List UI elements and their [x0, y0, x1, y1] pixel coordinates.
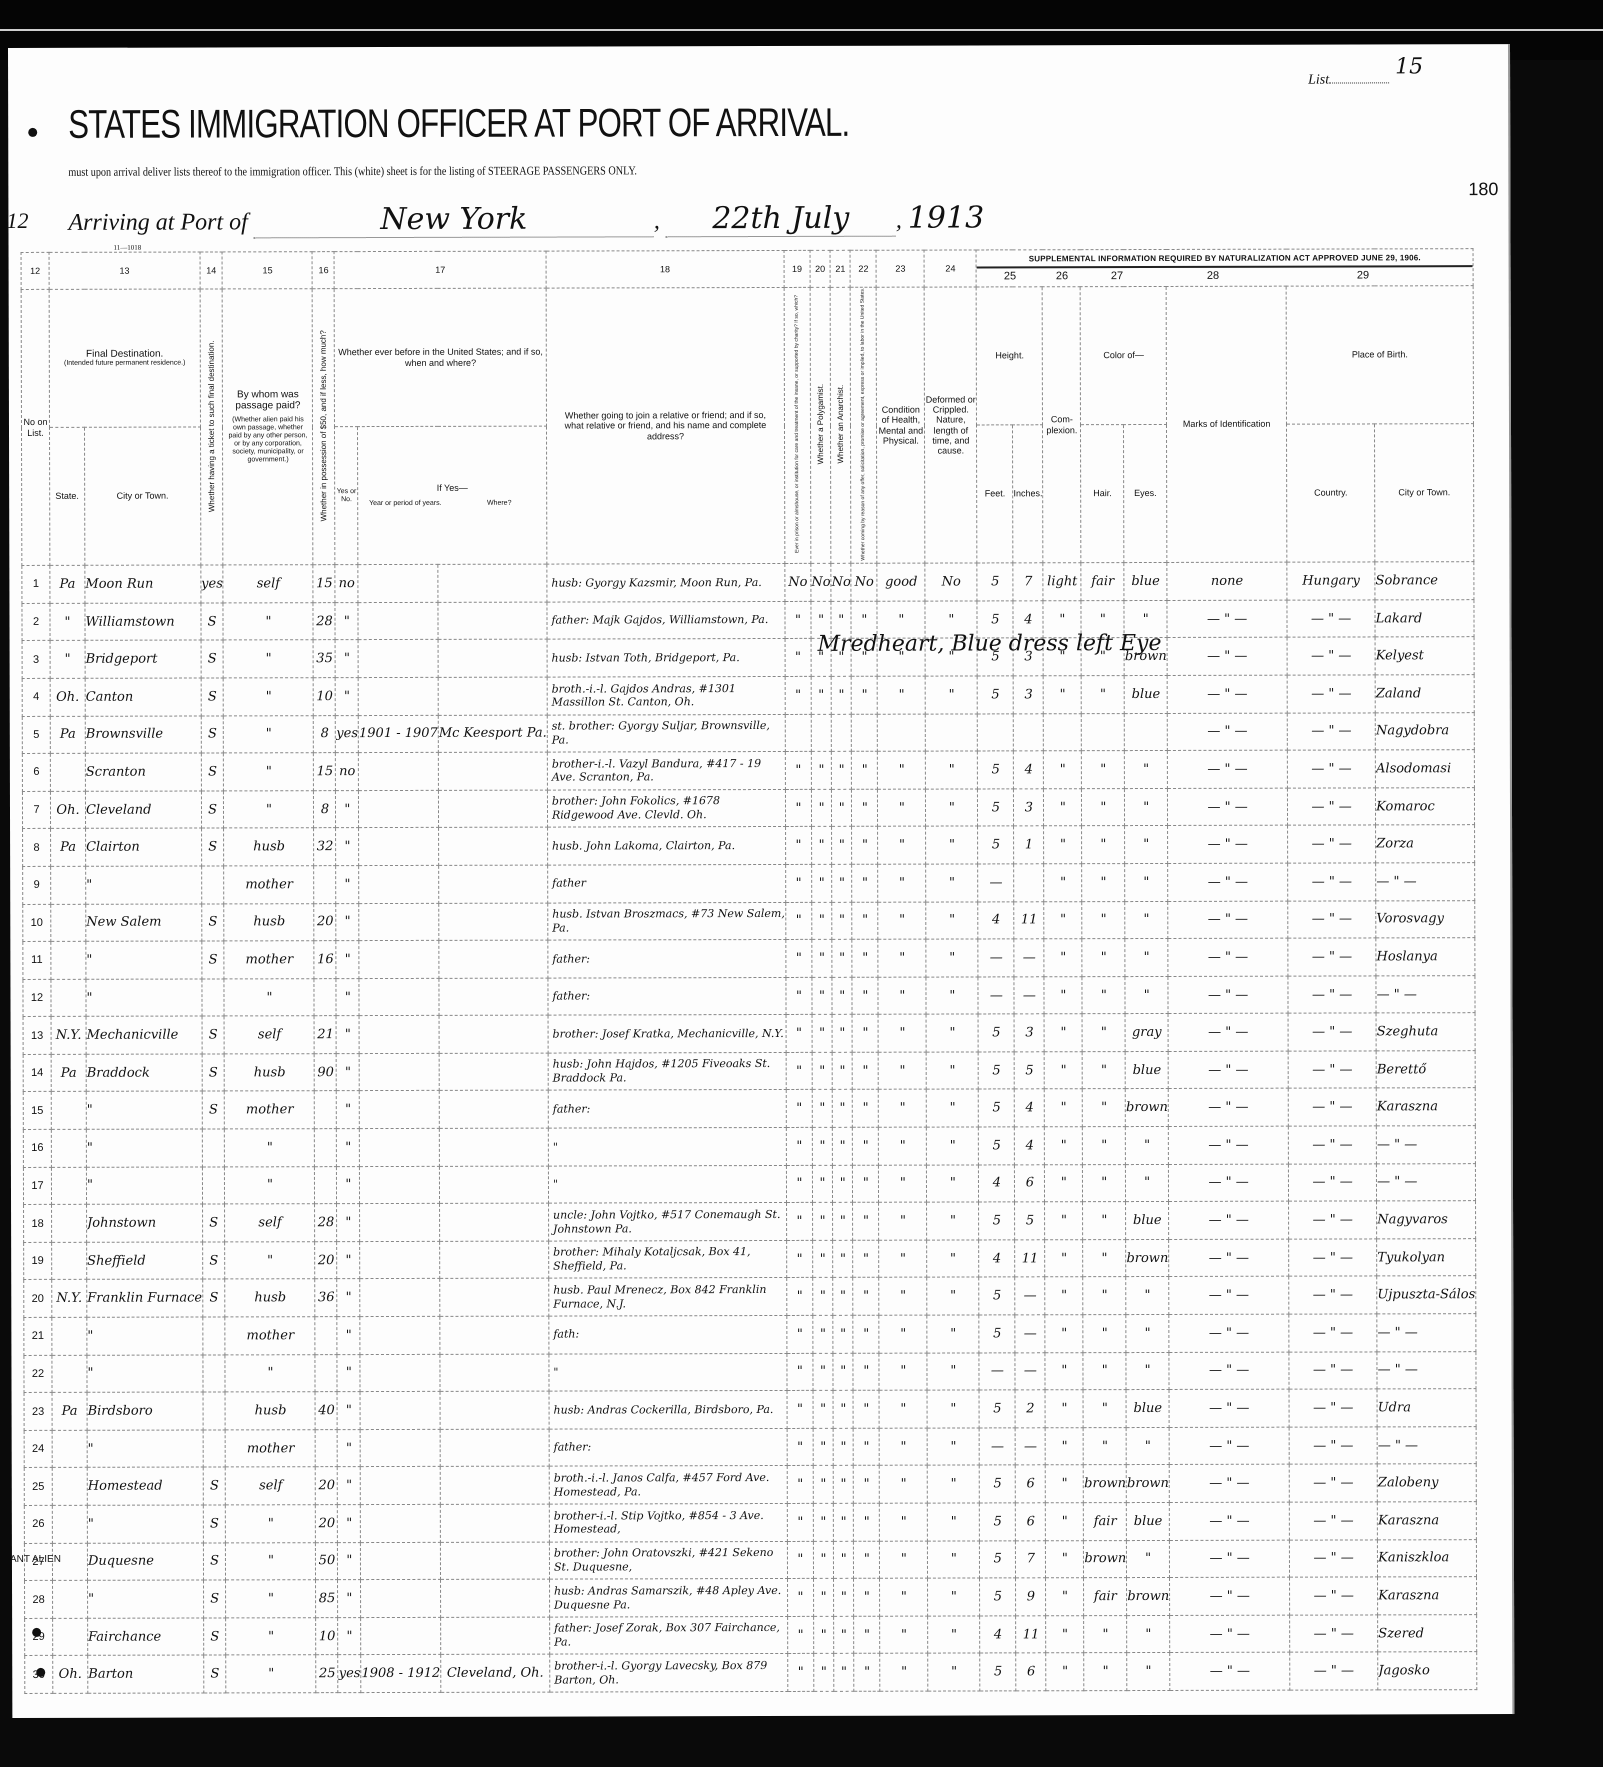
cell-health: " [879, 1202, 927, 1240]
cell-country: — " — [1288, 1051, 1376, 1089]
cell-money [314, 978, 336, 1016]
cell-prison: " [787, 1466, 813, 1504]
cell-marks: — " — [1168, 1089, 1288, 1127]
cell-paid: " [224, 678, 314, 716]
table-row: 14PaBraddockShusb90"husb: John Hajdos, #… [23, 1051, 1475, 1092]
cell-city: Scranton [85, 753, 201, 791]
cell-paid: " [226, 1617, 316, 1655]
cell-in: 4 [1015, 1089, 1045, 1127]
cell-hair: " [1082, 676, 1125, 714]
cell-state [52, 1430, 87, 1468]
cell-poly: " [811, 676, 831, 714]
cell-poly: " [812, 1052, 832, 1090]
cell-before: " [336, 828, 359, 866]
cell-health [878, 714, 926, 752]
cell-eyes: blue [1126, 1390, 1169, 1428]
cell-no: 25 [24, 1468, 52, 1506]
cell-money: 28 [313, 602, 335, 640]
cell-birth_city: Lakard [1375, 599, 1474, 637]
cell-yr [361, 1617, 441, 1655]
cell-eyes: " [1125, 826, 1168, 864]
cell-in: 4 [1014, 751, 1044, 789]
cell-ft: 5 [978, 1014, 1014, 1052]
cell-where [439, 1053, 548, 1091]
cell-anar: " [832, 1052, 852, 1090]
cell-prison: " [786, 1052, 812, 1090]
cell-ticket: S [201, 791, 224, 829]
cell-no: 14 [23, 1054, 51, 1092]
cell-where [440, 1467, 549, 1505]
col-num: 20 [810, 250, 830, 287]
cell-ticket: S [202, 1091, 225, 1129]
cell-anar: " [832, 1090, 852, 1128]
cell-paid: " [225, 1129, 315, 1167]
cell-complexion: " [1045, 1202, 1083, 1240]
cell-health: " [880, 1616, 928, 1654]
cell-paid: " [226, 1580, 316, 1618]
cell-paid: mother [225, 1317, 315, 1355]
cell-eyes: " [1125, 788, 1168, 826]
cell-paid: self [226, 1467, 316, 1505]
col-num: 13 [49, 252, 200, 289]
cell-hair: " [1083, 1390, 1126, 1428]
cell-eyes: blue [1124, 563, 1167, 601]
cell-deformed: " [927, 1202, 979, 1240]
header-eyes: Eyes. [1124, 425, 1167, 563]
cell-relative: father: Josef Zorak, Box 307 Fairchance,… [550, 1616, 788, 1654]
table-row: 6ScrantonS"15nobrother-i.-l. Vazyl Bandu… [22, 750, 1474, 791]
cell-yr [359, 940, 439, 978]
cell-ticket: S [203, 1618, 226, 1656]
cell-where [438, 752, 547, 790]
cell-state: N.Y. [51, 1017, 86, 1055]
cell-ft: — [978, 977, 1014, 1015]
cell-ticket: S [203, 1505, 226, 1543]
cell-deformed: " [926, 676, 978, 714]
cell-prison [785, 714, 811, 752]
cell-anar: " [833, 1278, 853, 1316]
cell-ft: 5 [979, 1315, 1015, 1353]
cell-ticket [202, 1129, 225, 1167]
cell-eyes: " [1126, 1277, 1169, 1315]
cell-city: Mechanicville [86, 1016, 202, 1054]
cell-anar: " [832, 827, 852, 865]
cell-state: Pa [50, 565, 85, 603]
cell-contract: No [851, 563, 877, 601]
header-passage-paid: By whom was passage paid?(Whether alien … [223, 289, 314, 565]
col-num: 14 [200, 252, 223, 289]
cell-birth_city: Kaniszkloa [1378, 1539, 1477, 1577]
cell-paid: husb [225, 1054, 315, 1092]
cell-health: " [878, 826, 926, 864]
cell-money [315, 1317, 337, 1355]
cell-ft: — [979, 1428, 1015, 1466]
cell-before: " [336, 640, 359, 678]
cell-poly: " [812, 864, 832, 902]
cell-poly: " [811, 827, 831, 865]
cell-where [439, 827, 548, 865]
cell-anar: " [833, 1391, 853, 1429]
cell-anar: " [833, 1428, 853, 1466]
cell-ticket [203, 1355, 226, 1393]
cell-relative: husb: Gyorgy Kazsmir, Moon Run, Pa. [547, 564, 785, 602]
cell-money [315, 1129, 337, 1167]
cell-health: " [879, 1165, 927, 1203]
cell-complexion: " [1045, 1052, 1083, 1090]
table-row: 3"BridgeportS"35"husb: Istvan Toth, Brid… [22, 637, 1474, 678]
cell-money: 15 [314, 753, 336, 791]
scan-rule [0, 29, 1603, 31]
cell-city: " [87, 1505, 203, 1543]
cell-money: 20 [316, 1467, 338, 1505]
cell-complexion: " [1045, 1277, 1083, 1315]
cell-marks: — " — [1168, 1126, 1288, 1164]
cell-state: " [50, 641, 85, 679]
cell-state [51, 866, 86, 904]
cell-relative: " [549, 1353, 787, 1391]
table-row: 15"Smother"father:""""""54""brown— " —— … [23, 1088, 1475, 1129]
cell-prison: " [785, 601, 811, 639]
final-destination-note: (Intended future permanent residence.) [50, 360, 200, 368]
cell-contract: " [852, 1015, 878, 1053]
cell-poly: " [811, 751, 831, 789]
cell-country: — " — [1288, 1126, 1376, 1164]
col-num: 25 [977, 271, 1043, 284]
cell-in: 6 [1016, 1653, 1046, 1691]
cell-state [52, 1242, 87, 1280]
cell-city: Birdsboro [87, 1392, 203, 1430]
cell-complexion: light [1043, 563, 1081, 601]
cell-eyes: blue [1127, 1502, 1170, 1540]
cell-ft: 4 [978, 901, 1014, 939]
cell-relative: husb. Paul Mrenecz, Box 842 Franklin Fur… [549, 1278, 787, 1316]
cell-paid: " [226, 1542, 316, 1580]
cell-marks: — " — [1169, 1389, 1289, 1427]
cell-ft: 5 [980, 1540, 1016, 1578]
cell-where [440, 1316, 549, 1354]
cell-state [52, 1355, 87, 1393]
cell-eyes: " [1126, 1352, 1169, 1390]
cell-paid: " [225, 1354, 315, 1392]
cell-eyes: " [1126, 1315, 1169, 1353]
cell-where [440, 1429, 549, 1467]
cell-ticket: S [203, 1655, 226, 1693]
cell-complexion: " [1044, 788, 1082, 826]
cell-marks: — " — [1169, 1239, 1289, 1277]
cell-deformed: " [926, 939, 978, 977]
cell-deformed: No [925, 563, 977, 601]
cell-where [439, 865, 548, 903]
cell-birth_city: Zorza [1376, 825, 1475, 863]
cell-country: — " — [1289, 1201, 1377, 1239]
cell-where [439, 1091, 548, 1129]
cell-in: 6 [1016, 1503, 1046, 1541]
cell-relative: brother-i.-l. Gyorgy Lavecsky, Box 879 B… [550, 1654, 788, 1692]
cell-country: — " — [1287, 750, 1375, 788]
cell-money: 85 [316, 1580, 338, 1618]
cell-in: 5 [1014, 1052, 1044, 1090]
col-num: 12 [21, 252, 49, 289]
cell-city: " [87, 1317, 203, 1355]
cell-relative: husb: Andras Cockerilla, Birdsboro, Pa. [549, 1391, 787, 1429]
cell-contract: " [853, 1390, 879, 1428]
cell-birth_city: Szered [1378, 1614, 1477, 1652]
cell-money: 20 [314, 903, 336, 941]
cell-hair: brown [1084, 1540, 1127, 1578]
cell-city: Williamstown [85, 603, 201, 641]
table-row: 12"""father:""""""——"""— " —— " —— " — [23, 975, 1475, 1016]
cell-no: 12 [23, 979, 51, 1017]
header-deformed: Deformed or Crippled. Nature, length of … [924, 287, 977, 563]
cell-country: — " — [1290, 1652, 1378, 1690]
cell-where [438, 677, 547, 715]
cell-in: 7 [1016, 1540, 1046, 1578]
cell-state [51, 1167, 86, 1205]
cell-paid: " [224, 790, 314, 828]
cell-complexion: " [1046, 1465, 1084, 1503]
cell-relative: husb: Istvan Toth, Bridgeport, Pa. [547, 639, 785, 677]
cell-city: Brownsville [85, 716, 201, 754]
cell-poly: " [813, 1278, 833, 1316]
cell-eyes: brown [1126, 1239, 1169, 1277]
cell-before: " [336, 978, 359, 1016]
cell-health: " [878, 751, 926, 789]
cell-complexion [1044, 713, 1082, 751]
cell-ticket: S [202, 1016, 225, 1054]
header-height: Height. [976, 287, 1042, 425]
cell-deformed: " [927, 1315, 979, 1353]
cell-health: " [878, 864, 926, 902]
cell-ft: 5 [978, 751, 1014, 789]
cell-money: 10 [314, 678, 336, 716]
table-row: 11"Smother16"father:""""""——"""— " —— " … [23, 938, 1475, 979]
cell-poly: " [813, 1579, 833, 1617]
cell-before: " [337, 1091, 360, 1129]
cell-no: 23 [24, 1393, 52, 1431]
cell-in: 6 [1016, 1465, 1046, 1503]
cell-complexion: " [1044, 864, 1082, 902]
cell-prison: " [786, 1015, 812, 1053]
cell-in: — [1014, 939, 1044, 977]
cell-ticket: S [203, 1467, 226, 1505]
cell-prison: " [788, 1616, 814, 1654]
cell-before: " [337, 1053, 360, 1091]
cell-country: — " — [1289, 1389, 1377, 1427]
cell-relative: broth.-i.-l. Gajdos Andras, #1301 Massil… [547, 676, 785, 714]
cell-deformed: " [926, 977, 978, 1015]
cell-before: " [337, 1317, 360, 1355]
cell-marks: — " — [1169, 1277, 1289, 1315]
cell-deformed: " [926, 901, 978, 939]
cell-prison: " [787, 1278, 813, 1316]
cell-health: " [880, 1578, 928, 1616]
table-row: 2"WilliamstownS"28"father: Majk Gajdos, … [22, 599, 1474, 640]
cell-birth_city: Vorosvagy [1376, 900, 1475, 938]
cell-marks: — " — [1167, 750, 1287, 788]
cell-prison: " [787, 1579, 813, 1617]
col-num: 29 [1273, 269, 1453, 282]
cell-country: — " — [1290, 1540, 1378, 1578]
cell-prison: " [786, 902, 812, 940]
cell-country: — " — [1289, 1427, 1377, 1465]
cell-complexion: " [1045, 1390, 1083, 1428]
cell-birth_city: — " — [1376, 863, 1475, 901]
cell-marks: — " — [1169, 1465, 1289, 1503]
cell-marks: — " — [1169, 1352, 1289, 1390]
cell-deformed: " [928, 1541, 980, 1579]
cell-money [315, 1354, 337, 1392]
cell-contract: " [853, 1315, 879, 1353]
cell-eyes: " [1126, 1127, 1169, 1165]
cell-ft: 5 [979, 1390, 1015, 1428]
cell-country: — " — [1287, 675, 1375, 713]
cell-eyes: " [1126, 1427, 1169, 1465]
header-color-of: Color of— [1081, 286, 1167, 424]
cell-prison: " [786, 977, 812, 1015]
cell-health: good [877, 563, 925, 601]
header-prison: Ever in prison or almshouse, or institut… [784, 287, 811, 563]
cell-yr [358, 602, 438, 640]
cell-eyes: " [1127, 1540, 1170, 1578]
cell-where [440, 1241, 549, 1279]
cell-poly: " [812, 939, 832, 977]
cell-state: " [50, 603, 85, 641]
cell-prison: " [787, 1503, 813, 1541]
cell-paid: mother [225, 1091, 315, 1129]
cell-before: yes [338, 1655, 361, 1693]
cell-no: 16 [23, 1129, 51, 1167]
cell-money: 35 [314, 640, 336, 678]
cell-yr [359, 865, 439, 903]
cell-money: 20 [315, 1242, 337, 1280]
cell-before: " [336, 941, 359, 979]
cell-country: — " — [1288, 788, 1376, 826]
cell-deformed: " [927, 1165, 979, 1203]
cell-where [441, 1617, 550, 1655]
cell-birth_city: Udra [1377, 1389, 1476, 1427]
cell-no: 4 [22, 678, 50, 716]
table-row: 21"mother"fath:""""""5—"""— " —— " —— " … [24, 1314, 1476, 1355]
polygamist-label: Whether a Polygamist. [816, 384, 825, 465]
cell-money: 32 [314, 828, 336, 866]
cell-state [52, 1317, 87, 1355]
list-number: List15 [1308, 64, 1423, 89]
cell-money [316, 1429, 338, 1467]
cell-birth_city: — " — [1376, 975, 1475, 1013]
cell-marks: none [1167, 562, 1287, 600]
cell-city: " [86, 1091, 202, 1129]
cell-city: " [86, 1167, 202, 1205]
cell-relative: husb: Andras Samarszik, #48 Apley Ave. D… [549, 1579, 787, 1617]
cell-paid: " [224, 715, 314, 753]
bottom-stamp: ANT ALIEN [10, 1554, 61, 1565]
arrival-line: Arriving at Port of New York, 22th July,… [68, 200, 984, 238]
cell-city: Canton [85, 678, 201, 716]
cell-state [51, 1129, 86, 1167]
cell-ft: 5 [979, 1089, 1015, 1127]
cell-anar: " [834, 1654, 854, 1692]
cell-complexion: " [1045, 1315, 1083, 1353]
cell-country: — " — [1289, 1164, 1377, 1202]
cell-where [438, 790, 547, 828]
cell-birth_city: Nagydobra [1375, 712, 1474, 750]
cell-deformed: " [928, 1653, 980, 1691]
cell-marks: — " — [1169, 1502, 1289, 1540]
cell-before: " [337, 1204, 360, 1242]
cell-birth_city: Szeghuta [1376, 1013, 1475, 1051]
cell-in [1014, 864, 1044, 902]
cell-no: 2 [22, 603, 50, 641]
cell-ft: 5 [979, 1127, 1015, 1165]
cell-in: 4 [1015, 1127, 1045, 1165]
cell-state [51, 904, 86, 942]
cell-yr [360, 1128, 440, 1166]
cell-before: yes [336, 715, 359, 753]
cell-in: — [1015, 1277, 1045, 1315]
cell-in: 11 [1014, 901, 1044, 939]
passage-paid-label: By whom was passage paid? [223, 387, 312, 414]
cell-eyes [1125, 713, 1168, 751]
cell-before: " [338, 1580, 361, 1618]
cell-complexion: " [1045, 1127, 1083, 1165]
cell-hair: fair [1084, 1578, 1127, 1616]
cell-eyes: " [1127, 1615, 1170, 1653]
cell-yr [359, 1016, 439, 1054]
cell-yr: 1908 - 1912 [361, 1655, 441, 1693]
cell-where [438, 639, 547, 677]
cell-deformed: " [928, 1503, 980, 1541]
cell-no: 24 [24, 1430, 52, 1468]
cell-hair: " [1082, 901, 1125, 939]
cell-ticket: S [201, 678, 224, 716]
cell-yr [360, 1316, 440, 1354]
cell-paid: husb [224, 903, 314, 941]
cell-yr [358, 565, 438, 603]
cell-ft: 5 [978, 826, 1014, 864]
cell-deformed: " [926, 789, 978, 827]
cell-where [440, 1542, 549, 1580]
cell-before: " [337, 1241, 360, 1279]
col-num: 15 [223, 252, 313, 289]
cell-poly: " [813, 1428, 833, 1466]
cell-prison: " [786, 940, 812, 978]
cell-before: " [336, 790, 359, 828]
col-num: 19 [784, 250, 810, 287]
cell-yr [361, 1504, 441, 1542]
cell-poly: " [813, 1315, 833, 1353]
cell-marks: — " — [1167, 600, 1287, 638]
table-row: 19SheffieldS"20"brother: Mihaly Kotaljcs… [24, 1239, 1476, 1280]
cell-relative: uncle: John Vojtko, #517 Conemaugh St. J… [548, 1203, 786, 1241]
cell-marks: — " — [1169, 1314, 1289, 1352]
cell-health: " [878, 939, 926, 977]
cell-contract: " [853, 1278, 879, 1316]
supplemental-label: SUPPLEMENTAL INFORMATION REQUIRED BY NAT… [977, 250, 1473, 268]
cell-yr [358, 677, 438, 715]
final-destination-label: Final Destination. [50, 348, 200, 360]
cell-anar [831, 714, 851, 752]
cell-before: no [336, 753, 359, 791]
cell-relative: father: [549, 1428, 787, 1466]
cell-relative: father: [548, 977, 786, 1015]
cell-before: " [338, 1392, 361, 1430]
column-number-row: 12 13 14 15 16 17 18 19 20 21 22 23 24 S… [21, 249, 1473, 290]
cell-state: Pa [51, 829, 86, 867]
cell-no: 15 [23, 1092, 51, 1130]
cell-poly: " [814, 1616, 834, 1654]
cell-marks: — " — [1169, 1164, 1289, 1202]
cell-prison: " [786, 1203, 812, 1241]
